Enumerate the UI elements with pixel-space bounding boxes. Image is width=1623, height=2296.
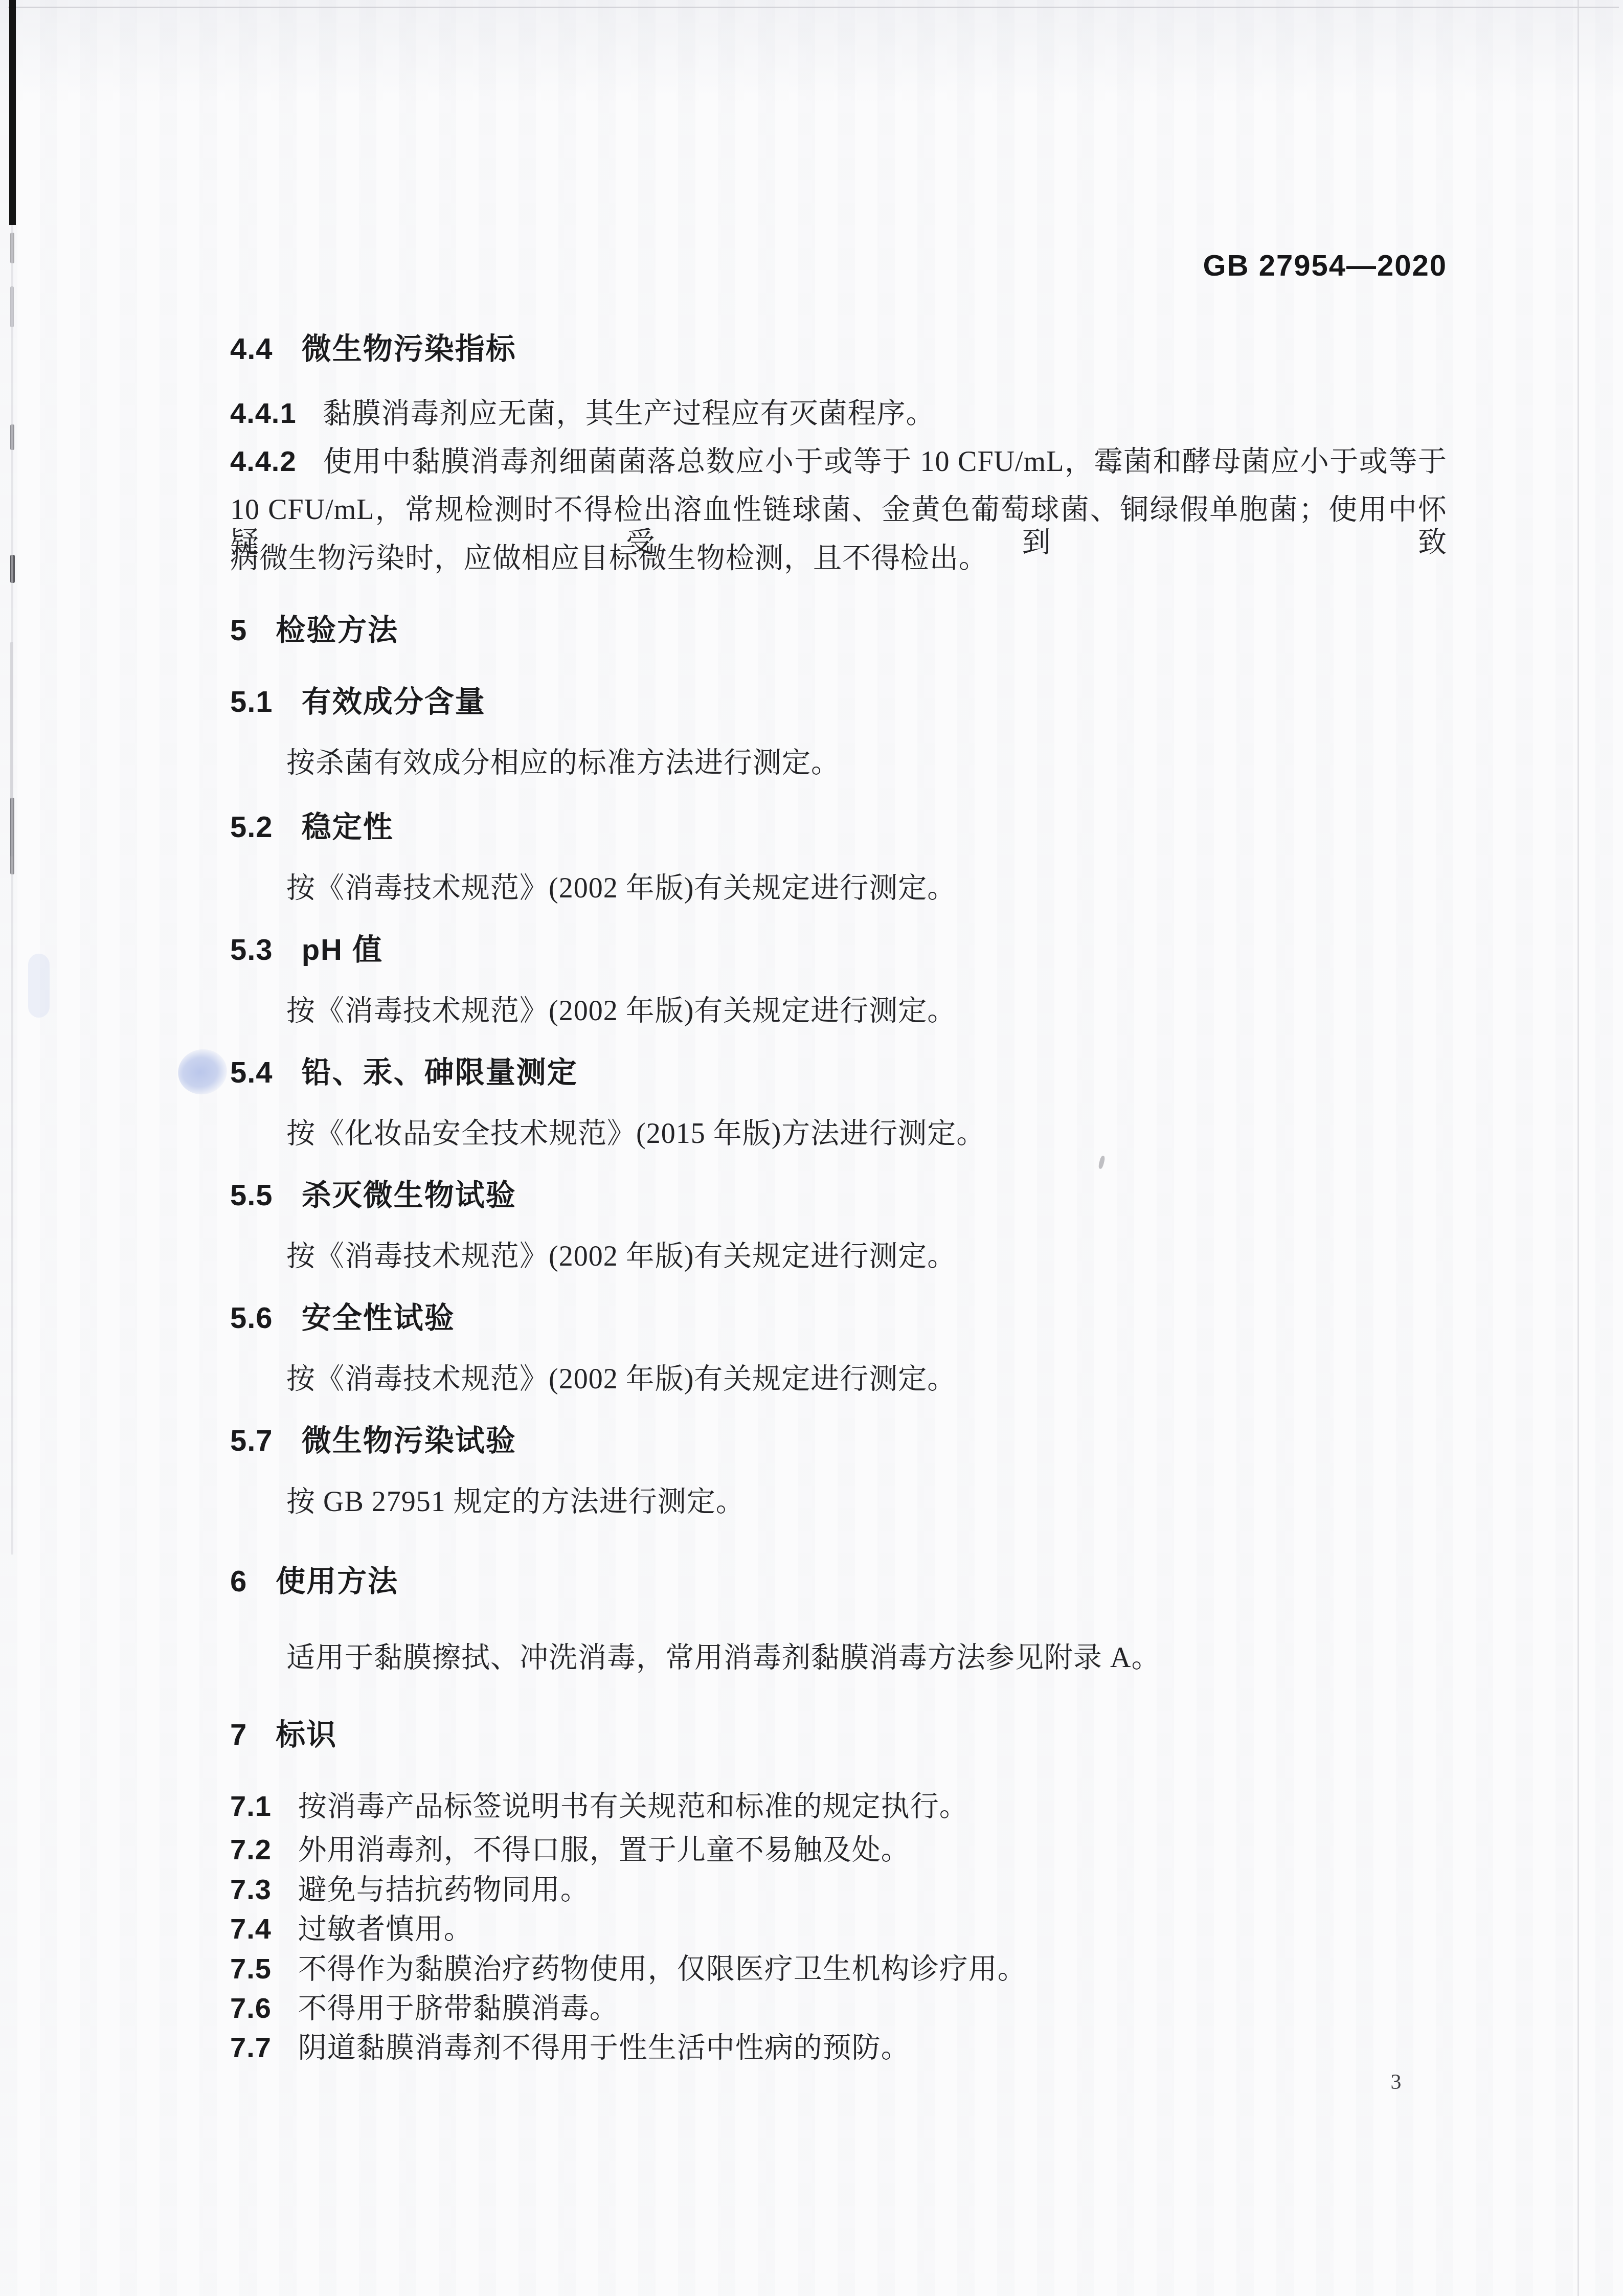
- clause-number: 4.4.2: [230, 445, 297, 477]
- clause-7-4: 7.4过敏者慎用。: [230, 1912, 1447, 1946]
- clause-text: 按 GB 27951 规定的方法进行测定。: [286, 1486, 745, 1518]
- clause-text: 按《消毒技术规范》(2002 年版)有关规定进行测定。: [286, 995, 956, 1027]
- clause-text: 病微生物污染时，应做相应目标微生物检测，且不得检出。: [230, 543, 988, 574]
- clause-7-3: 7.3避免与拮抗药物同用。: [230, 1873, 1447, 1906]
- clause-text: 按消毒产品标签说明书有关规范和标准的规定执行。: [298, 1791, 968, 1822]
- clause-text: 黏膜消毒剂应无菌，其生产过程应有灭菌程序。: [323, 398, 935, 430]
- clause-number: 5: [230, 614, 247, 647]
- clause-text: 按杀菌有效成分相应的标准方法进行测定。: [286, 747, 840, 779]
- clause-text: 不得用于脐带黏膜消毒。: [298, 1993, 619, 2024]
- clause-text: 按《消毒技术规范》(2002 年版)有关规定进行测定。: [286, 872, 956, 904]
- scan-artifact-faint-line: [11, 225, 13, 1555]
- clause-text: 按《消毒技术规范》(2002 年版)有关规定进行测定。: [286, 1363, 956, 1395]
- clause-4-4-2-line1: 4.4.2使用中黏膜消毒剂细菌菌落总数应小于或等于 10 CFU/mL，霉菌和酵…: [230, 445, 1447, 478]
- scan-artifact-speck: [1098, 1155, 1106, 1169]
- heading-5-3: 5.3pH 值: [230, 933, 1447, 967]
- clause-text: 按《化妆品安全技术规范》(2015 年版)方法进行测定。: [286, 1118, 985, 1150]
- clause-title: 使用方法: [276, 1565, 398, 1598]
- heading-5-5: 5.5杀灭微生物试验: [230, 1179, 1447, 1212]
- clause-text: 不得作为黏膜治疗药物使用，仅限医疗卫生机构诊疗用。: [298, 1953, 1027, 1985]
- clause-number: 7.1: [230, 1790, 272, 1822]
- clause-number: 5.1: [230, 685, 273, 718]
- clause-title: 稳定性: [302, 811, 394, 844]
- body-5-4: 按《化妆品安全技术规范》(2015 年版)方法进行测定。: [230, 1117, 1503, 1150]
- clause-title: 标识: [276, 1718, 337, 1751]
- clause-number: 7.5: [230, 1952, 272, 1985]
- clause-4-4-2-line3: 病微生物污染时，应做相应目标微生物检测，且不得检出。: [230, 542, 1447, 575]
- clause-title: pH 值: [302, 933, 383, 966]
- clause-text: 避免与拮抗药物同用。: [298, 1874, 590, 1906]
- clause-title: 杀灭微生物试验: [302, 1179, 516, 1212]
- heading-5-2: 5.2稳定性: [230, 811, 1447, 844]
- clause-7-1: 7.1按消毒产品标签说明书有关规范和标准的规定执行。: [230, 1790, 1447, 1823]
- clause-number: 4.4.1: [230, 397, 297, 429]
- clause-text: 过敏者慎用。: [298, 1914, 473, 1945]
- clause-title: 微生物污染试验: [302, 1424, 516, 1457]
- clause-number: 6: [230, 1565, 247, 1598]
- clause-title: 检验方法: [276, 614, 398, 647]
- heading-6: 6使用方法: [230, 1565, 1447, 1599]
- heading-5: 5检验方法: [230, 614, 1447, 647]
- clause-7-2: 7.2外用消毒剂，不得口服，置于儿童不易触及处。: [230, 1833, 1447, 1866]
- clause-7-6: 7.6不得用于脐带黏膜消毒。: [230, 1992, 1447, 2025]
- heading-4-4: 4.4微生物污染指标: [230, 332, 1447, 366]
- heading-5-4: 5.4铅、汞、砷限量测定: [230, 1056, 1447, 1090]
- document-page: { "header": { "code": "GB 27954—2020" },…: [0, 0, 1623, 2296]
- heading-7: 7标识: [230, 1718, 1447, 1752]
- clause-number: 5.2: [230, 811, 273, 844]
- blue-smudge: [174, 1045, 231, 1099]
- page-number: 3: [1376, 2070, 1416, 2095]
- clause-number: 5.4: [230, 1056, 273, 1089]
- clause-title: 安全性试验: [302, 1301, 455, 1335]
- body-6: 适用于黏膜擦拭、冲洗消毒，常用消毒剂黏膜消毒方法参见附录 A。: [230, 1641, 1503, 1674]
- body-5-1: 按杀菌有效成分相应的标准方法进行测定。: [230, 747, 1503, 779]
- heading-5-1: 5.1有效成分含量: [230, 685, 1447, 719]
- body-5-5: 按《消毒技术规范》(2002 年版)有关规定进行测定。: [230, 1240, 1503, 1273]
- body-5-3: 按《消毒技术规范》(2002 年版)有关规定进行测定。: [230, 995, 1503, 1027]
- clause-number: 7.2: [230, 1833, 272, 1865]
- clause-text: 外用消毒剂，不得口服，置于儿童不易触及处。: [298, 1834, 910, 1866]
- blue-smudge-small: [28, 954, 50, 1018]
- clause-number: 5.6: [230, 1301, 273, 1335]
- scan-artifact-left-bar: [9, 0, 16, 225]
- clause-7-7: 7.7阴道黏膜消毒剂不得用于性生活中性病的预防。: [230, 2031, 1447, 2064]
- clause-text: 适用于黏膜擦拭、冲洗消毒，常用消毒剂黏膜消毒方法参见附录 A。: [286, 1642, 1160, 1674]
- clause-number: 4.4: [230, 332, 273, 366]
- heading-5-7: 5.7微生物污染试验: [230, 1424, 1447, 1458]
- body-5-7: 按 GB 27951 规定的方法进行测定。: [230, 1485, 1503, 1518]
- scan-artifact-top-line: [8, 7, 1619, 8]
- clause-7-5: 7.5不得作为黏膜治疗药物使用，仅限医疗卫生机构诊疗用。: [230, 1952, 1447, 1986]
- standard-code-header: GB 27954—2020: [230, 249, 1447, 283]
- clause-number: 5.7: [230, 1424, 273, 1457]
- clause-title: 微生物污染指标: [302, 332, 516, 366]
- body-5-2: 按《消毒技术规范》(2002 年版)有关规定进行测定。: [230, 872, 1503, 905]
- clause-number: 7.6: [230, 1992, 272, 2024]
- clause-4-4-1: 4.4.1黏膜消毒剂应无菌，其生产过程应有灭菌程序。: [230, 397, 1447, 430]
- clause-number: 5.3: [230, 933, 273, 966]
- heading-5-6: 5.6安全性试验: [230, 1301, 1447, 1335]
- clause-number: 7.4: [230, 1912, 272, 1945]
- clause-number: 5.5: [230, 1179, 273, 1212]
- clause-text: 使用中黏膜消毒剂细菌菌落总数应小于或等于 10 CFU/mL，霉菌和酵母菌应小于…: [323, 446, 1447, 478]
- clause-text: 阴道黏膜消毒剂不得用于性生活中性病的预防。: [298, 2032, 910, 2064]
- body-5-6: 按《消毒技术规范》(2002 年版)有关规定进行测定。: [230, 1363, 1503, 1395]
- clause-text: 按《消毒技术规范》(2002 年版)有关规定进行测定。: [286, 1241, 956, 1272]
- clause-number: 7.7: [230, 2031, 272, 2063]
- clause-number: 7.3: [230, 1873, 272, 1905]
- clause-title: 有效成分含量: [302, 685, 486, 718]
- clause-number: 7: [230, 1718, 247, 1751]
- scan-artifact-right-edge: [1577, 0, 1579, 2296]
- clause-title: 铅、汞、砷限量测定: [302, 1056, 578, 1089]
